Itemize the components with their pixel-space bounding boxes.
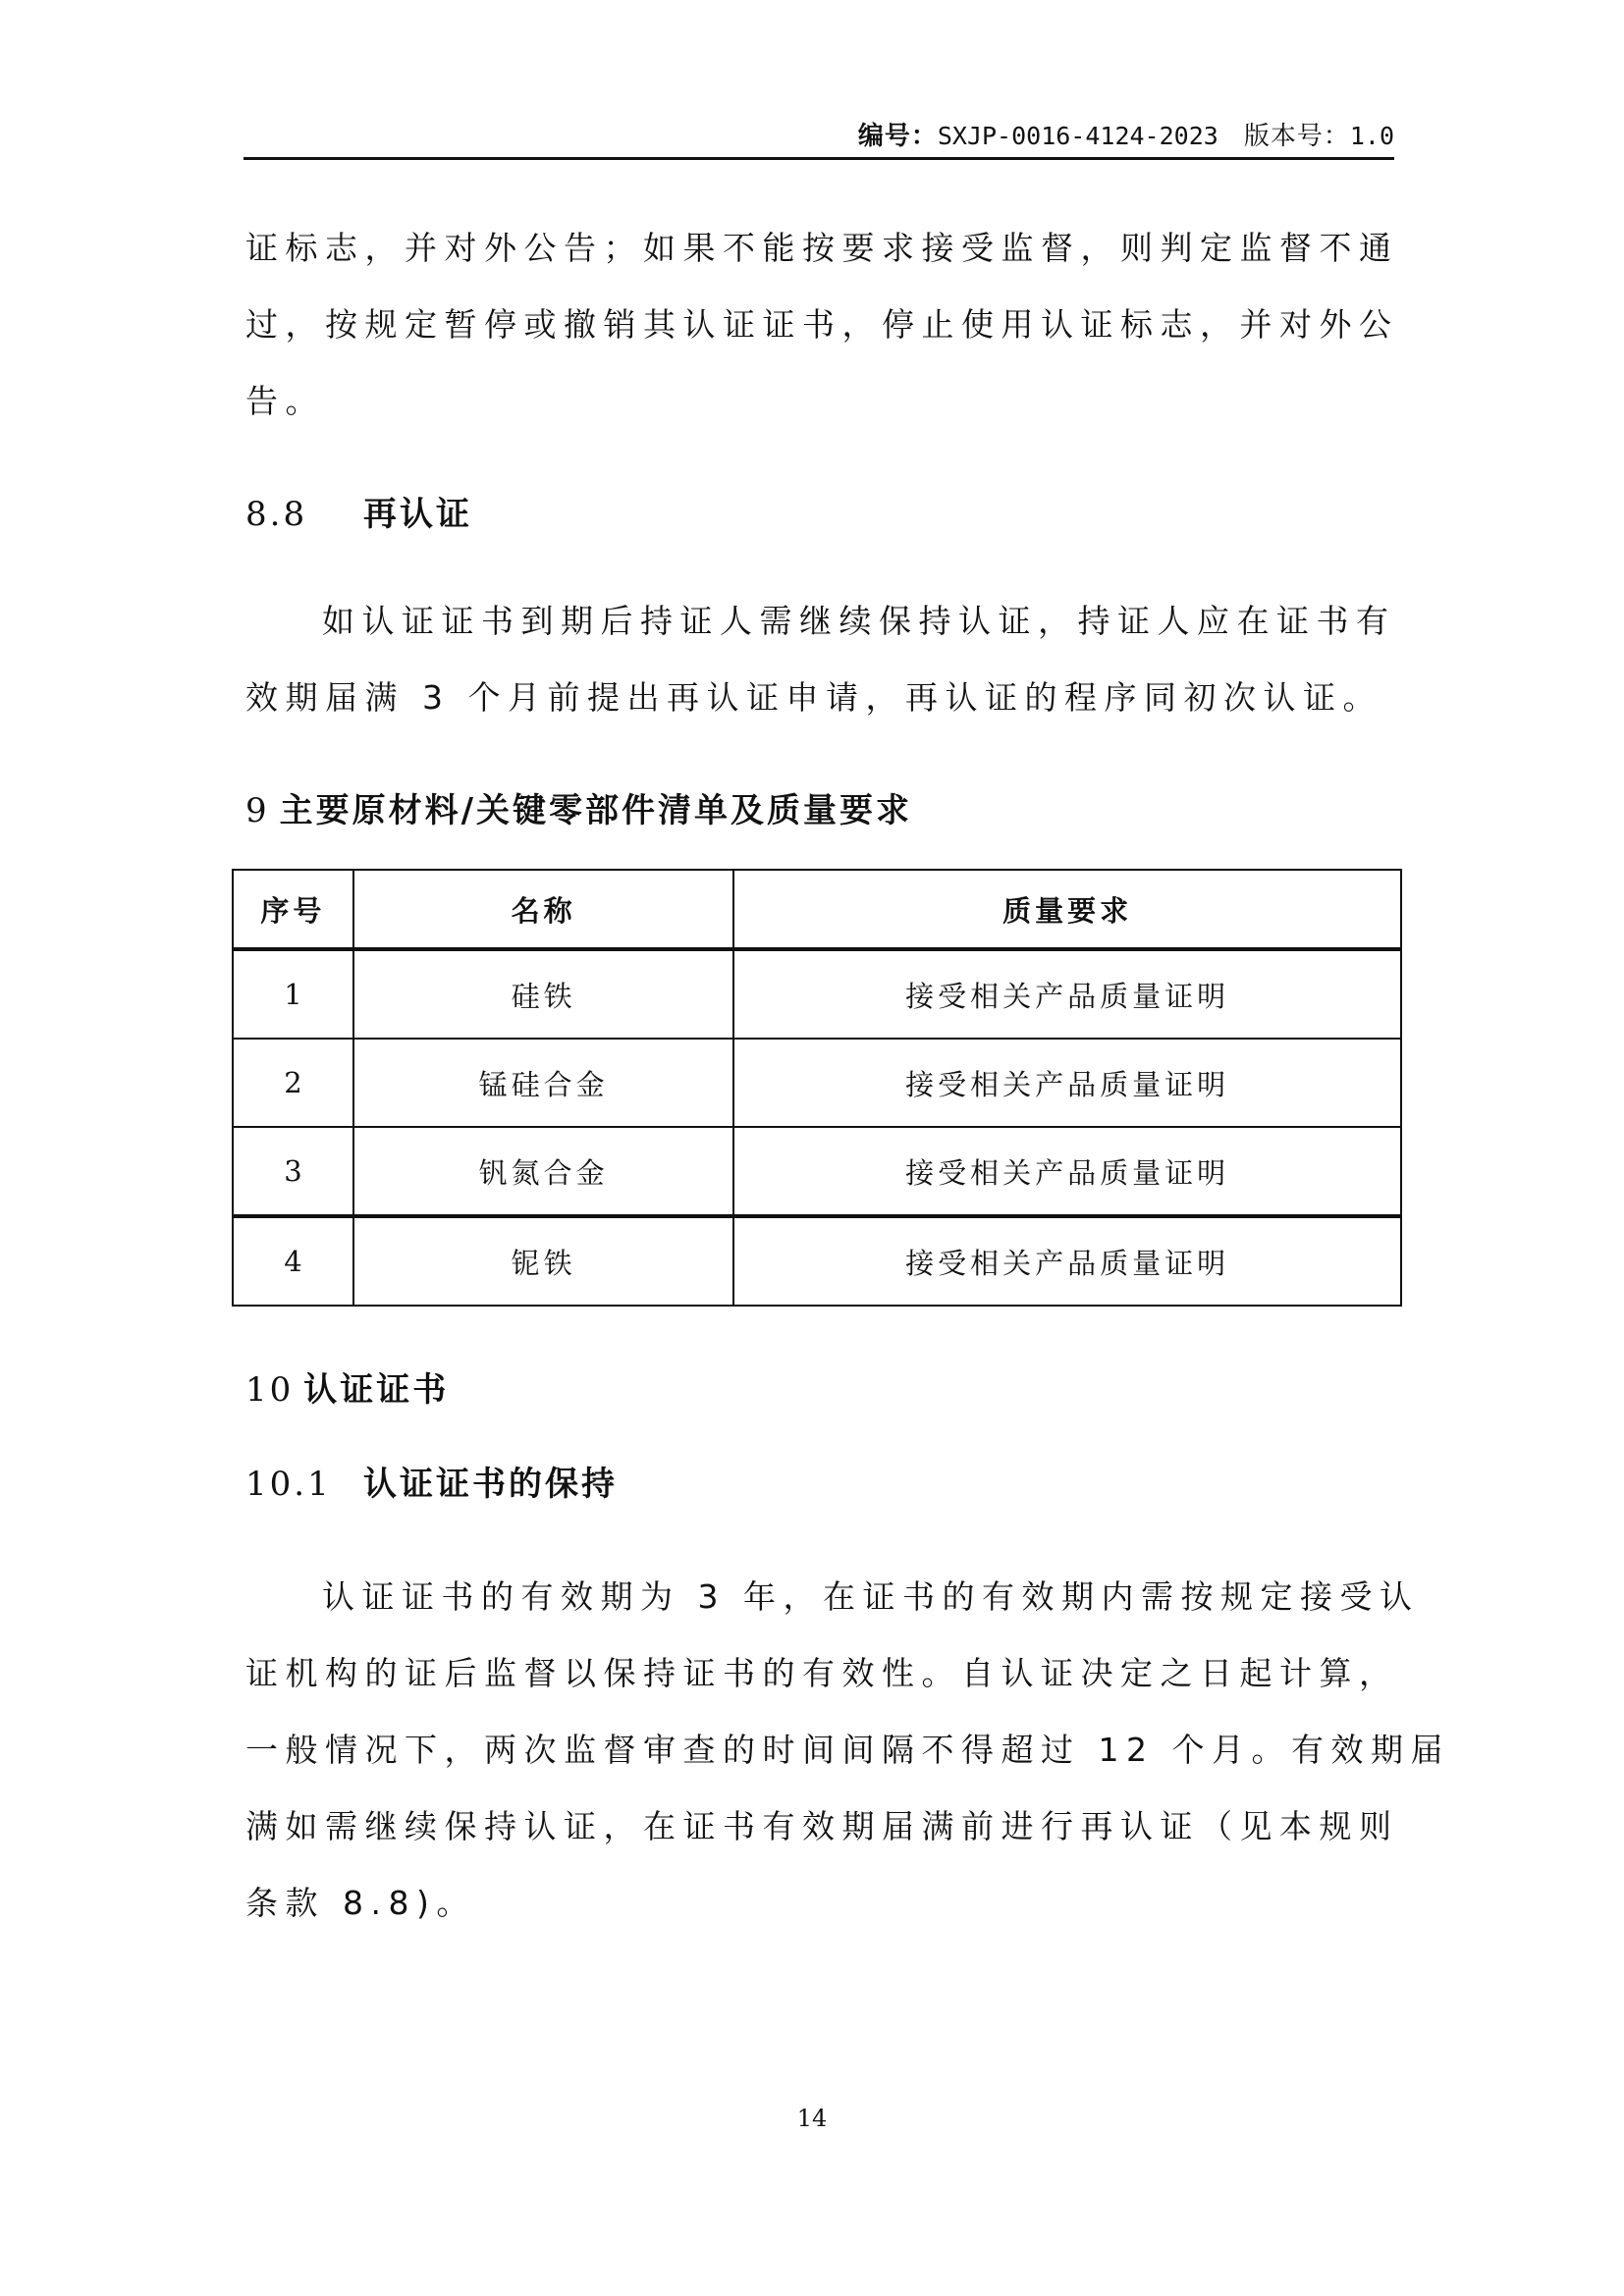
materials-table: 序号 名称 质量要求 1 硅铁 接受相关产品质量证明 2 锰硅合金 接受相关产品… [232,869,1402,1307]
cell-name: 钒氮合金 [353,1127,733,1216]
paragraph-line: 证机构的证后监督以保持证书的有效性。自认证决定之日起计算， [245,1635,1394,1712]
intro-paragraph: 证标志，并对外公告；如果不能按要求接受监督，则判定监督不通 过，按规定暂停或撤销… [245,210,1394,440]
cell-name: 硅铁 [353,949,733,1039]
table-row: 2 锰硅合金 接受相关产品质量证明 [233,1039,1401,1127]
section-10-1-paragraph: 认证证书的有效期为 3 年，在证书的有效期内需按规定接受认 证机构的证后监督以保… [245,1559,1394,1942]
paragraph-line: 效期届满 3 个月前提出再认证申请，再认证的程序同初次认证。 [245,660,1394,736]
section-number: 9 [245,791,270,830]
section-title: 认证证书 [303,1370,449,1410]
version-number: 1.0 [1350,122,1394,150]
cell-name: 铌铁 [353,1216,733,1306]
paragraph-line: 如认证证书到期后持证人需继续保持认证，持证人应在证书有 [245,583,1394,660]
cell-requirement: 接受相关产品质量证明 [733,949,1401,1039]
paragraph-line: 条款 8.8)。 [245,1865,1394,1942]
cell-number: 2 [233,1039,353,1127]
paragraph-line: 证标志，并对外公告；如果不能按要求接受监督，则判定监督不通 [245,210,1394,287]
page-number: 14 [0,2105,1624,2132]
section-number: 10 [245,1370,294,1410]
header-divider [244,157,1394,160]
cell-number: 3 [233,1127,353,1216]
section-title: 认证证书的保持 [363,1465,618,1504]
cell-number: 4 [233,1216,353,1306]
cell-requirement: 接受相关产品质量证明 [733,1216,1401,1306]
paragraph-line: 一般情况下，两次监督审查的时间间隔不得超过 12 个月。有效期届 [245,1712,1394,1789]
paragraph-line: 满如需继续保持认证，在证书有效期届满前进行再认证（见本规则 [245,1789,1394,1865]
cell-requirement: 接受相关产品质量证明 [733,1039,1401,1127]
paragraph-line: 过，按规定暂停或撤销其认证证书，停止使用认证标志，并对外公 [245,287,1394,363]
document-header: 编号：SXJP-0016-4124-2023版本号：1.0 [244,116,1394,155]
document-code-label: 编号： [858,122,938,151]
table-row: 1 硅铁 接受相关产品质量证明 [233,949,1401,1039]
section-heading-9: 9主要原材料/关键零部件清单及质量要求 [245,783,912,831]
cell-number: 1 [233,949,353,1039]
cell-requirement: 接受相关产品质量证明 [733,1127,1401,1216]
section-title: 再认证 [363,495,472,534]
section-heading-10: 10认证证书 [245,1362,449,1411]
cell-name: 锰硅合金 [353,1039,733,1127]
table-row: 4 铌铁 接受相关产品质量证明 [233,1216,1401,1306]
paragraph-line: 认证证书的有效期为 3 年，在证书的有效期内需按规定接受认 [245,1559,1394,1635]
paragraph-line: 告。 [245,363,1394,440]
section-number: 10.1 [245,1465,363,1504]
column-header-name: 名称 [353,870,733,949]
section-title: 主要原材料/关键零部件清单及质量要求 [280,791,912,830]
column-header-requirement: 质量要求 [733,870,1401,949]
table-row: 3 钒氮合金 接受相关产品质量证明 [233,1127,1401,1216]
section-heading-8-8: 8.8再认证 [245,487,472,535]
section-number: 8.8 [245,495,363,534]
section-heading-10-1: 10.1认证证书的保持 [245,1457,618,1505]
version-label: 版本号： [1244,122,1350,151]
table-header-row: 序号 名称 质量要求 [233,870,1401,949]
section-8-8-paragraph: 如认证证书到期后持证人需继续保持认证，持证人应在证书有 效期届满 3 个月前提出… [245,583,1394,736]
column-header-number: 序号 [233,870,353,949]
document-code: SXJP-0016-4124-2023 [938,122,1218,150]
